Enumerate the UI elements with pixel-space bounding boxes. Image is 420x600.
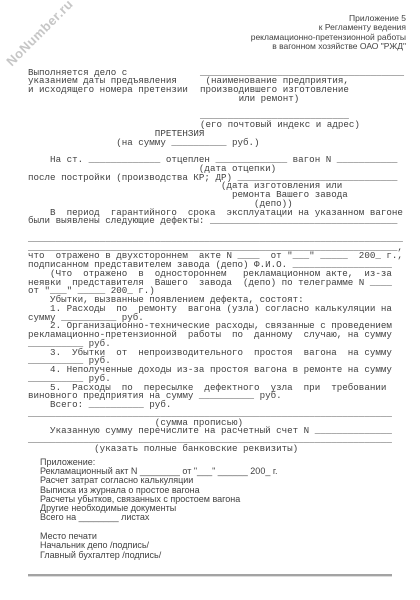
appendix-section: Приложение:Рекламационный акт N ________… <box>40 458 406 560</box>
intro-section: Выполняется дело суказанием даты предъяв… <box>28 69 406 130</box>
bottom-divider <box>28 574 392 577</box>
body-line: (на сумму __________ руб.) <box>28 139 406 148</box>
intro-right-fields: _____________________________________ (н… <box>200 69 406 130</box>
intro-note-line: и исходящего номера претензии <box>28 86 200 95</box>
intro-left-note: Выполняется дело суказанием даты предъяв… <box>28 69 200 130</box>
document-content: Приложение 5к Регламенту ведениярекламац… <box>28 14 406 560</box>
body-line: (указать полные банковские реквизиты) <box>28 445 406 454</box>
appendix-line: Главный бухгалтер /подпись/ <box>40 551 406 560</box>
claim-form-document: NoNumber.ru Приложение 5к Регламенту вед… <box>0 0 420 600</box>
header-line: в вагонном хозяйстве ОАО "РЖД" <box>28 42 406 51</box>
document-header: Приложение 5к Регламенту ведениярекламац… <box>28 14 406 52</box>
claim-body: ПРЕТЕНЗИЯ (на сумму __________ руб.) На … <box>28 130 406 454</box>
body-line: были выявлены следующие дефекты: _______… <box>28 217 406 226</box>
appendix-line: Всего на ________ листах <box>40 513 406 522</box>
intro-field-line: или ремонт) <box>200 95 406 104</box>
intro-field-line: (его почтовый индекс и адрес) <box>200 121 406 130</box>
